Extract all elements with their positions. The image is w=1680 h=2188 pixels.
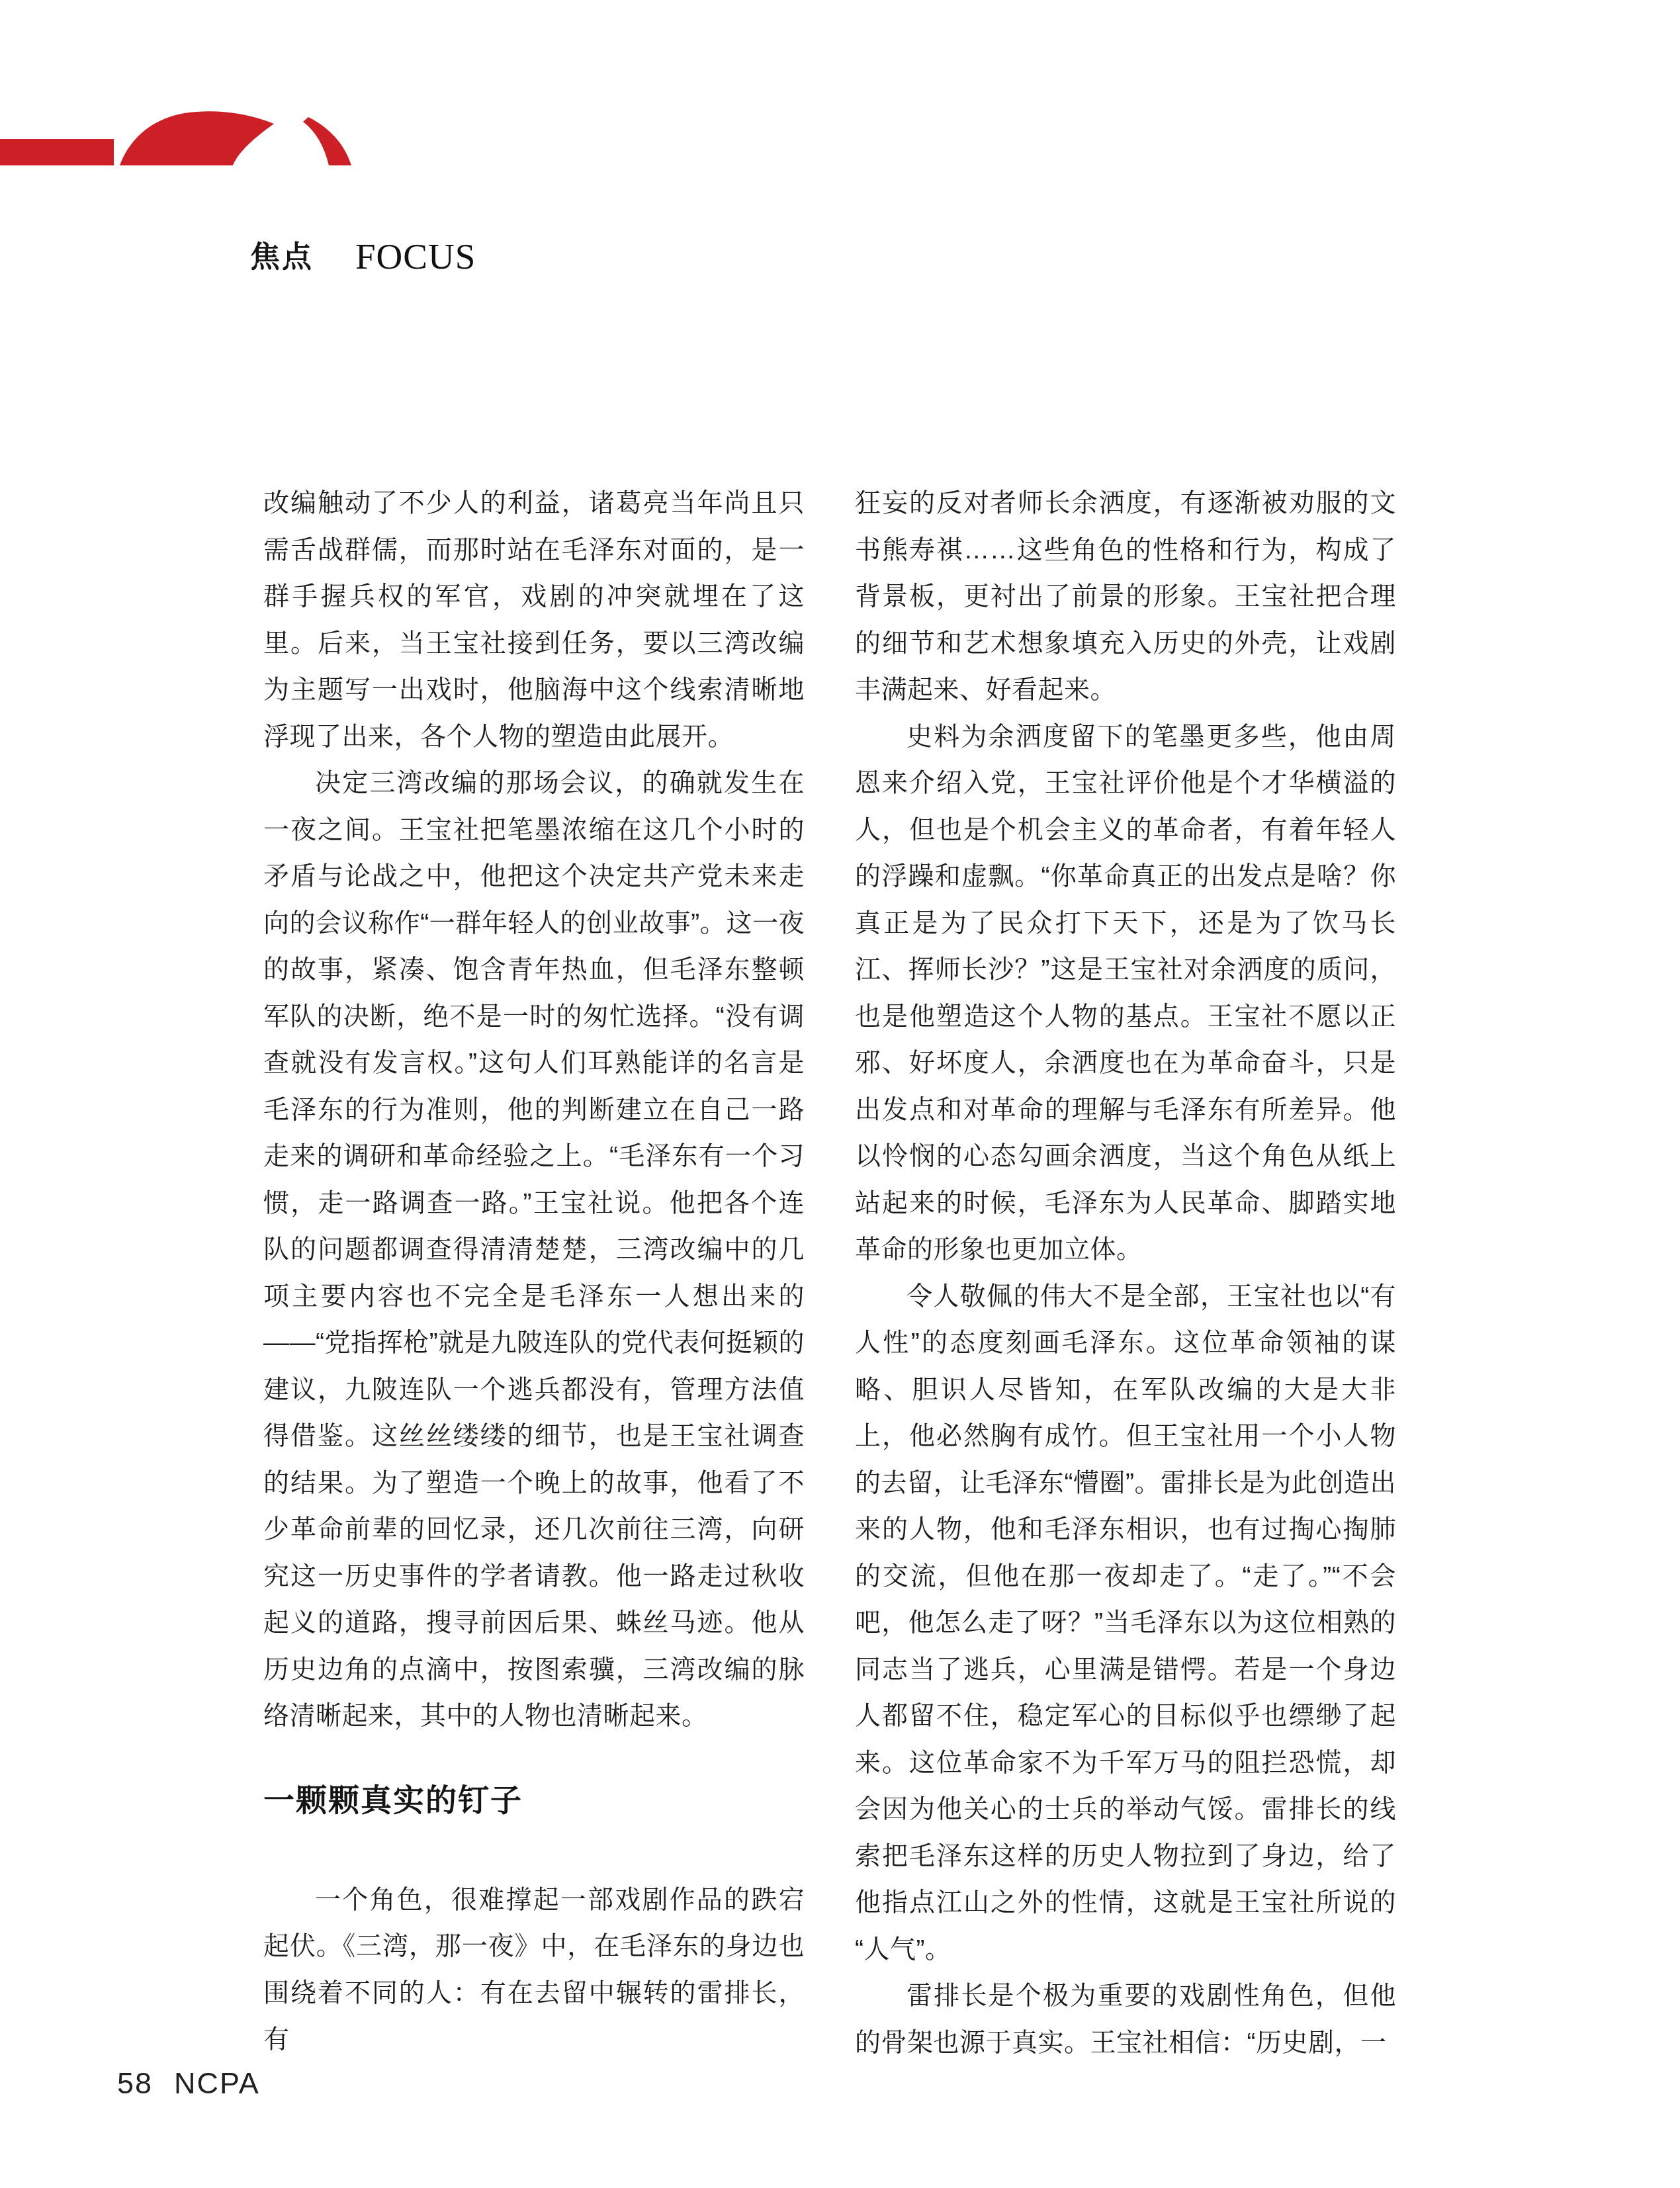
left-column: 改编触动了不少人的利益，诸葛亮当年尚且只需舌战群儒，而那时站在毛泽东对面的，是一…	[263, 480, 805, 2066]
section-title-english: FOCUS	[355, 238, 476, 275]
paragraph: 狂妄的反对者师长余洒度，有逐渐被劝服的文书熊寿祺……这些角色的性格和行为，构成了…	[855, 480, 1396, 714]
paragraph: 史料为余洒度留下的笔墨更多些，他由周恩来介绍入党，王宝社评价他是个才华横溢的人，…	[855, 714, 1396, 1274]
magazine-page: 焦点 FOCUS 改编触动了不少人的利益，诸葛亮当年尚且只需舌战群儒，而那时站在…	[0, 0, 1680, 2188]
section-title-chinese: 焦点	[250, 242, 314, 272]
red-swoosh-shape	[303, 117, 351, 165]
article-body: 改编触动了不少人的利益，诸葛亮当年尚且只需舌战群儒，而那时站在毛泽东对面的，是一…	[263, 480, 1396, 2066]
page-footer: 58 NCPA	[117, 2068, 260, 2098]
red-dome-shape	[120, 111, 274, 165]
magazine-abbr: NCPA	[174, 2068, 260, 2098]
subsection-heading: 一颗颗真实的钉子	[263, 1780, 805, 1821]
paragraph: 改编触动了不少人的利益，诸葛亮当年尚且只需舌战群儒，而那时站在毛泽东对面的，是一…	[263, 480, 805, 760]
paragraph: 决定三湾改编的那场会议，的确就发生在一夜之间。王宝社把笔墨浓缩在这几个小时的矛盾…	[263, 760, 805, 1740]
page-header: 焦点 FOCUS	[0, 106, 503, 179]
page-number: 58	[117, 2068, 153, 2098]
paragraph: 雷排长是个极为重要的戏剧性角色，但他的骨架也源于真实。王宝社相信：“历史剧，一	[855, 1973, 1396, 2066]
red-bar-shape	[0, 139, 114, 165]
focus-logo-swoosh	[0, 106, 503, 179]
paragraph: 令人敬佩的伟大不是全部，王宝社也以“有人性”的态度刻画毛泽东。这位革命领袖的谋略…	[855, 1274, 1396, 1974]
right-column: 狂妄的反对者师长余洒度，有逐渐被劝服的文书熊寿祺……这些角色的性格和行为，构成了…	[855, 480, 1396, 2066]
paragraph: 一个角色，很难撑起一部戏剧作品的跌宕起伏。《三湾，那一夜》中，在毛泽东的身边也围…	[263, 1877, 805, 2064]
